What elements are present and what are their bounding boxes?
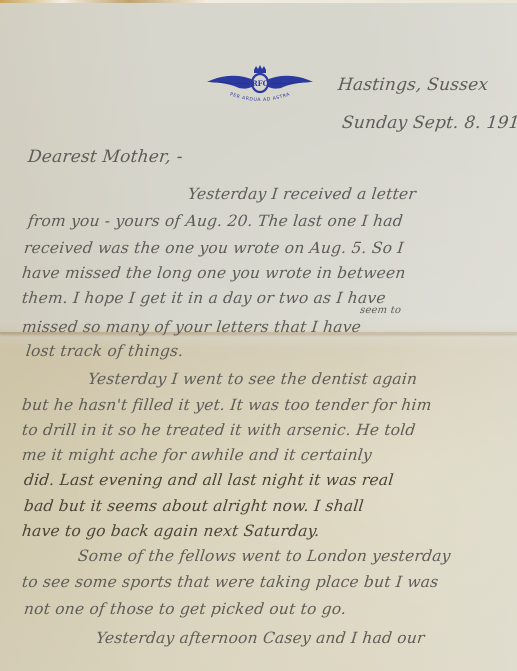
letter-line: Yesterday afternoon Casey and I had our (95, 629, 426, 647)
letter-line: but he hasn't filled it yet. It was too … (21, 396, 433, 414)
letter-line: received was the one you wrote on Aug. 5… (23, 239, 405, 257)
letter-line: missed so many of your letters that I ha… (21, 318, 362, 336)
letter-line: from you - yours of Aug. 20. The last on… (27, 212, 404, 230)
letter-line: bad but it seems about alright now. I sh… (23, 497, 365, 515)
crest-monogram: RFC (252, 79, 269, 88)
letter-line: Yesterday I received a letter (187, 185, 417, 203)
letter-line: Yesterday I went to see the dentist agai… (87, 370, 418, 388)
letter-date: Sunday Sept. 8. 1918 (341, 113, 517, 133)
letter-insertion: seem to (359, 305, 401, 316)
letter-line: to see some sports that were taking plac… (21, 573, 439, 591)
rfc-wings-crest-icon: RFC PER ARDUA AD ASTRA (205, 64, 315, 106)
letter-line: me it might ache for awhile and it certa… (21, 446, 373, 464)
letter-line: did. Last evening and all last night it … (23, 471, 394, 489)
letter-salutation: Dearest Mother, - (27, 147, 184, 167)
letter-line: them. I hope I get it in a day or two as… (21, 289, 387, 307)
letter-line: not one of those to get picked out to go… (23, 600, 347, 618)
letter-line: lost track of things. (25, 342, 184, 360)
letter-location: Hastings, Sussex (337, 75, 489, 95)
letter-line: Some of the fellows went to London yeste… (77, 547, 452, 565)
paper-top-edge (0, 0, 517, 3)
letter-line: have missed the long one you wrote in be… (21, 264, 407, 282)
letter-line: to drill in it so he treated it with ars… (21, 421, 416, 439)
letter-line: have to go back again next Saturday. (21, 522, 321, 540)
